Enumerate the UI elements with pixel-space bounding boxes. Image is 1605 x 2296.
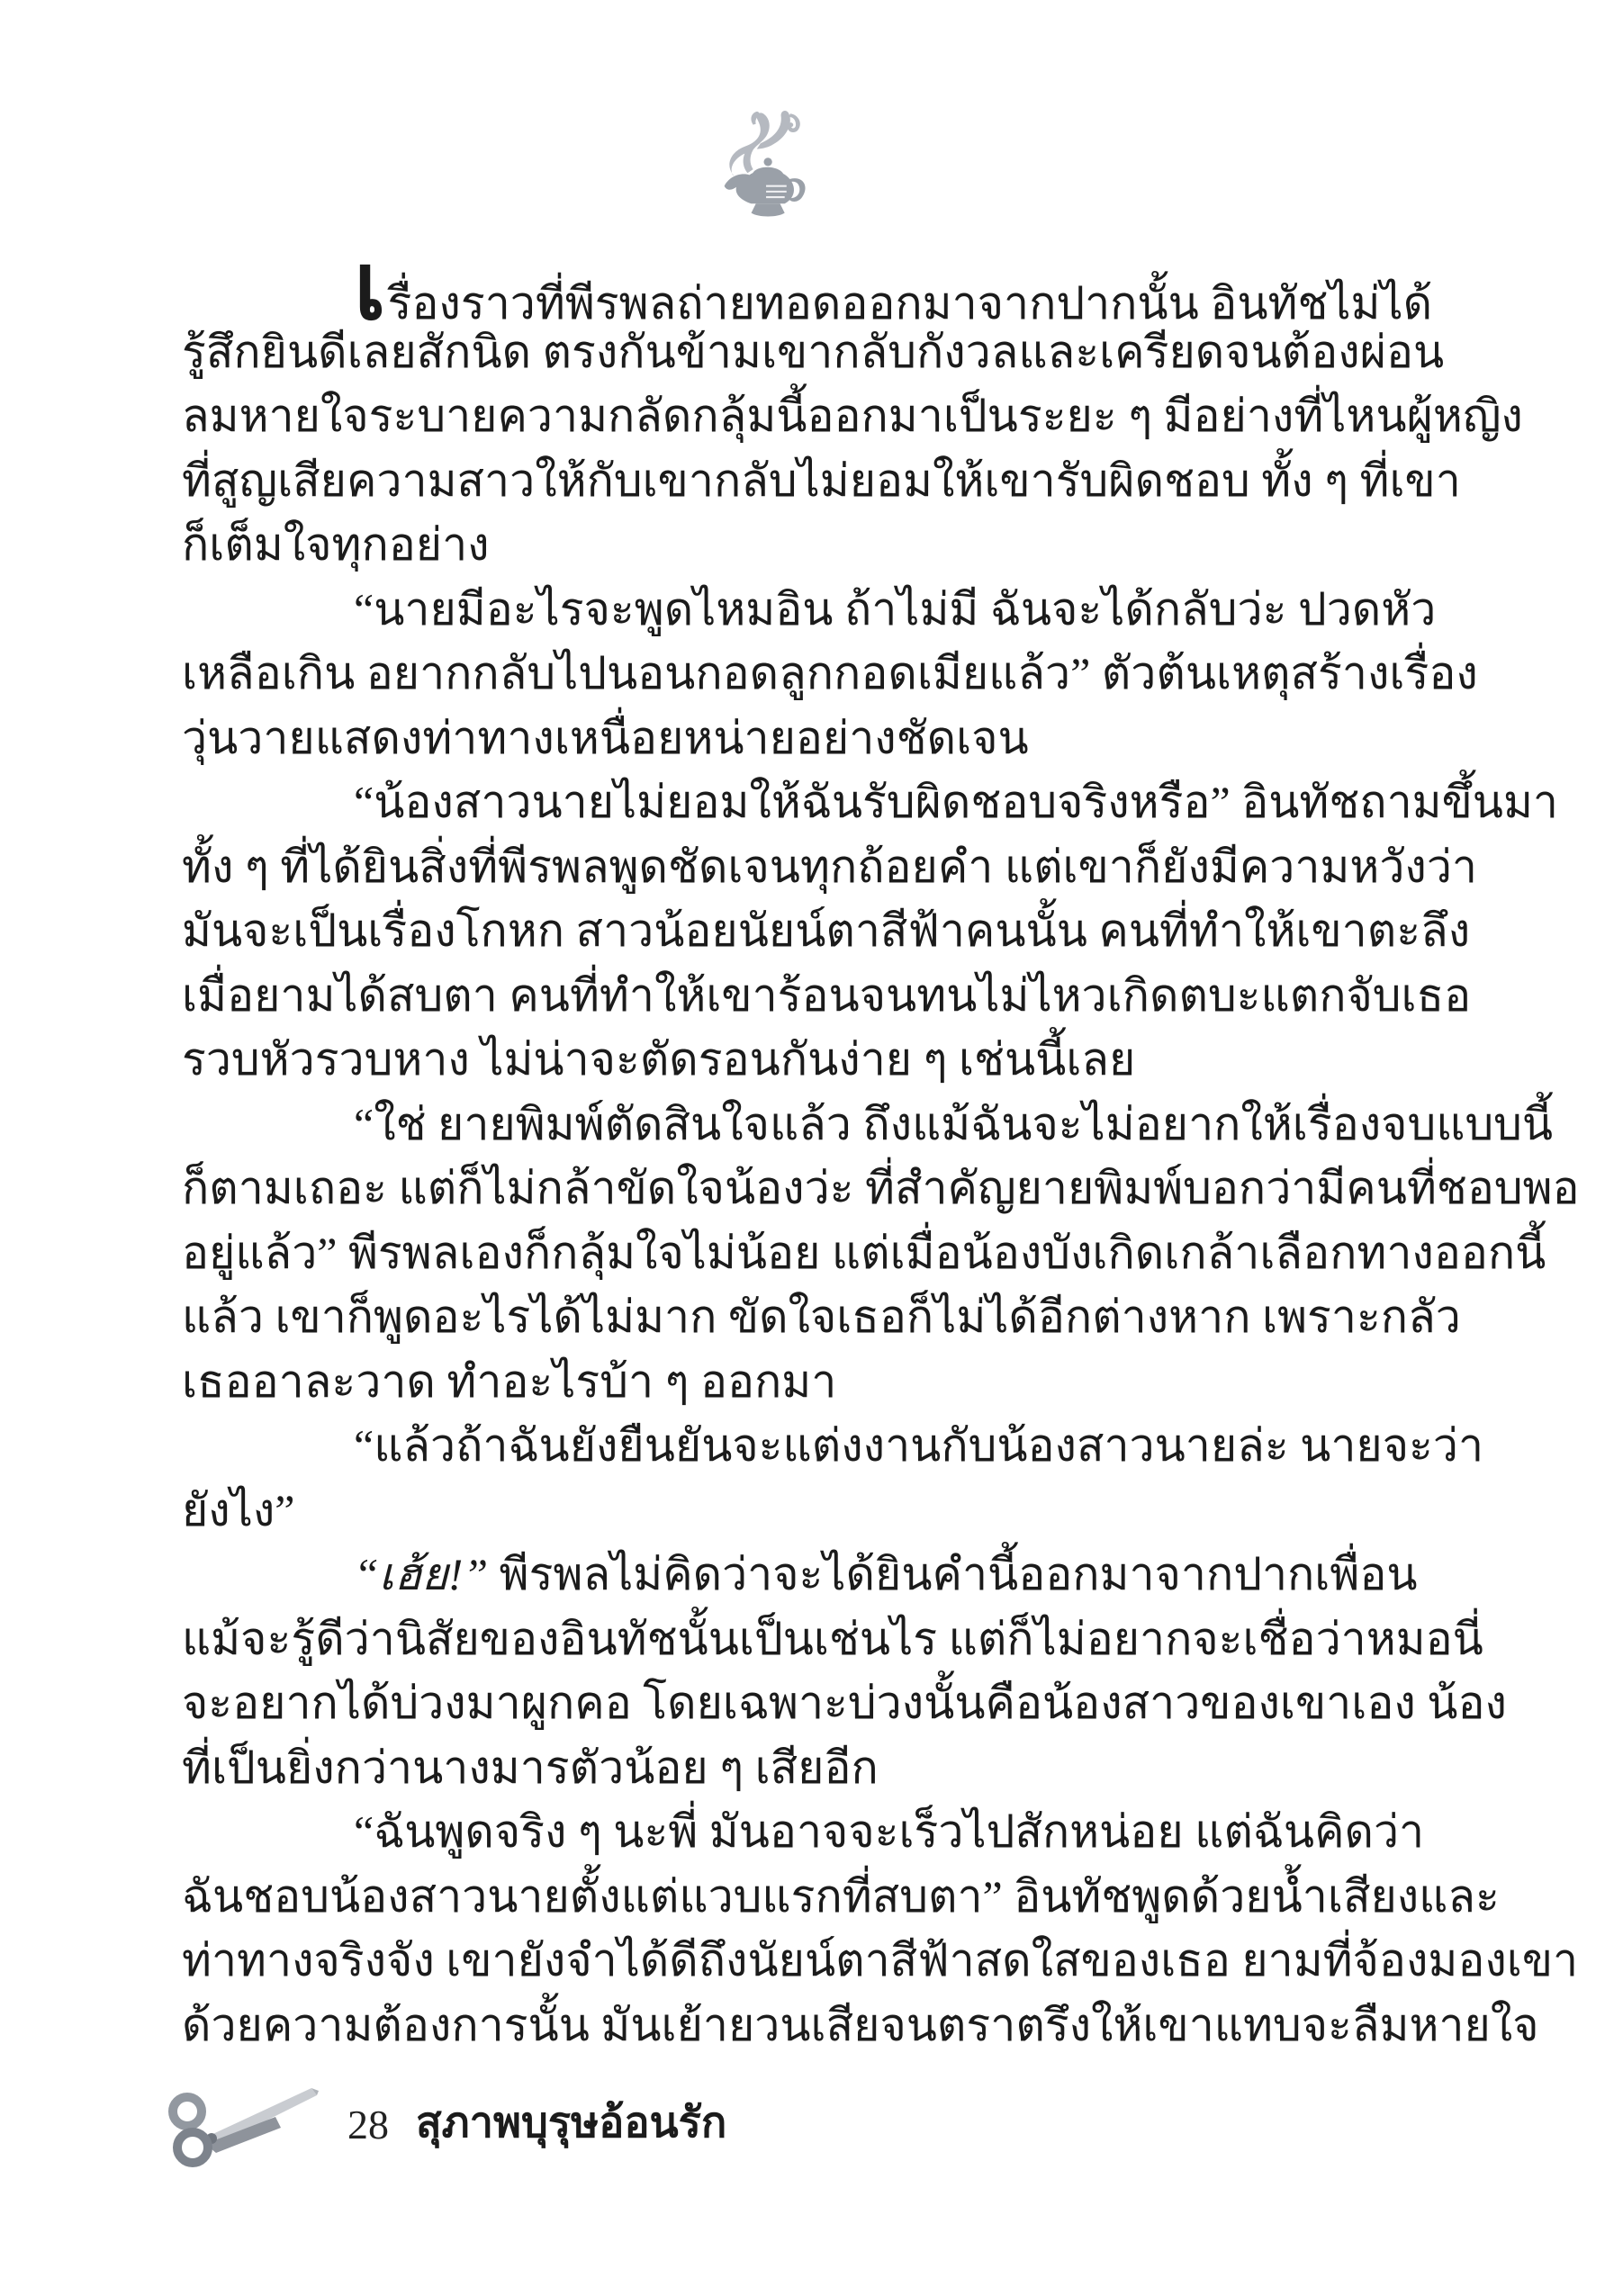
text-line: เรื่องราวที่พีรพลถ่ายทอดออกมาจากปากนั้น … [182,256,1339,320]
genie-lamp-icon [712,106,816,225]
paragraph: “แล้วถ้าฉันยังยืนยันจะแต่งงานกับน้องสาวน… [182,1414,1339,1543]
exclamation-italic: “เฮ้ย!” [354,1549,488,1599]
text-line: ก็ตามเถอะ แต่ก็ไม่กล้าขัดใจน้องว่ะ ที่สำ… [182,1157,1339,1221]
text-line: เธออาละวาด ทำอะไรบ้า ๆ ออกมา [182,1350,1339,1415]
text-line: “นายมีอะไรจะพูดไหมอิน ถ้าไม่มี ฉันจะได้ก… [182,578,1339,643]
text-line: “ฉันพูดจริง ๆ นะพี่ มันอาจจะเร็วไปสักหน่… [182,1800,1339,1865]
text-line: “ใช่ ยายพิมพ์ตัดสินใจแล้ว ถึงแม้ฉันจะไม่… [182,1093,1339,1157]
scissors-icon [160,2081,320,2171]
text-line: ทั้ง ๆ ที่ได้ยินสิ่งที่พีรพลพูดชัดเจนทุก… [182,835,1339,900]
text-line: “แล้วถ้าฉันยังยืนยันจะแต่งงานกับน้องสาวน… [182,1414,1339,1479]
text-line: เมื่อยามได้สบตา คนที่ทำให้เขาร้อนจนทนไม่… [182,964,1339,1029]
page-text: เรื่องราวที่พีรพลถ่ายทอดออกมาจากปากนั้น … [182,256,1339,2057]
text-line: เหลือเกิน อยากกลับไปนอนกอดลูกกอดเมียแล้ว… [182,642,1339,707]
paragraph: “น้องสาวนายไม่ยอมให้ฉันรับผิดชอบจริงหรือ… [182,770,1339,1093]
paragraph: “ใช่ ยายพิมพ์ตัดสินใจแล้ว ถึงแม้ฉันจะไม่… [182,1093,1339,1415]
text-line: ลมหายใจระบายความกลัดกลุ้มนี้ออกมาเป็นระย… [182,384,1339,449]
text-line: ที่สูญเสียความสาวให้กับเขากลับไม่ยอมให้เ… [182,449,1339,514]
text-line: ฉันชอบน้องสาวนายตั้งแต่แวบแรกที่สบตา” อิ… [182,1865,1339,1930]
paragraph: “ฉันพูดจริง ๆ นะพี่ มันอาจจะเร็วไปสักหน่… [182,1800,1339,2057]
book-title: สุภาพบุรุษอ้อนรัก [416,2099,726,2147]
text-line: ยังไง” [182,1479,1339,1544]
text-line: อยู่แล้ว” พีรพลเองก็กลุ้มใจไม่น้อย แต่เม… [182,1221,1339,1286]
paragraph: เรื่องราวที่พีรพลถ่ายทอดออกมาจากปากนั้น … [182,256,1339,578]
text-line: รวบหัวรวบหาง ไม่น่าจะตัดรอนกันง่าย ๆ เช่… [182,1028,1339,1093]
text-line: มันจะเป็นเรื่องโกหก สาวน้อยนัยน์ตาสีฟ้าค… [182,899,1339,964]
text-line: แม้จะรู้ดีว่านิสัยของอินทัชนั้นเป็นเช่นไ… [182,1607,1339,1672]
text-line: ท่าทางจริงจัง เขายังจำได้ดีถึงนัยน์ตาสีฟ… [182,1929,1339,1994]
text-line: “น้องสาวนายไม่ยอมให้ฉันรับผิดชอบจริงหรือ… [182,770,1339,835]
text-line: ที่เป็นยิ่งกว่านางมารตัวน้อย ๆ เสียอีก [182,1736,1339,1801]
book-page: { "colors": { "text": "#1b1b1b", "orname… [0,0,1605,2296]
text-line: รู้สึกยินดีเลยสักนิด ตรงกันข้ามเขากลับกั… [182,320,1339,385]
text-line: จะอยากได้บ่วงมาผูกคอ โดยเฉพาะบ่วงนั้นคือ… [182,1671,1339,1736]
page-number: 28 [347,2102,389,2147]
paragraph: “นายมีอะไรจะพูดไหมอิน ถ้าไม่มี ฉันจะได้ก… [182,578,1339,771]
text-line: ก็เต็มใจทุกอย่าง [182,513,1339,578]
text-line: วุ่นวายแสดงท่าทางเหนื่อยหน่ายอย่างชัดเจน [182,707,1339,771]
text-line: แล้ว เขาก็พูดอะไรได้ไม่มาก ขัดใจเธอก็ไม่… [182,1285,1339,1350]
paragraph: “เฮ้ย!” พีรพลไม่คิดว่าจะได้ยินคำนี้ออกมา… [182,1543,1339,1800]
text-line: ด้วยความต้องการนั้น มันเย้ายวนเสียจนตราต… [182,1994,1339,2058]
text-line: “เฮ้ย!” พีรพลไม่คิดว่าจะได้ยินคำนี้ออกมา… [182,1543,1339,1607]
text-line-content: พีรพลไม่คิดว่าจะได้ยินคำนี้ออกมาจากปากเพ… [488,1549,1417,1599]
